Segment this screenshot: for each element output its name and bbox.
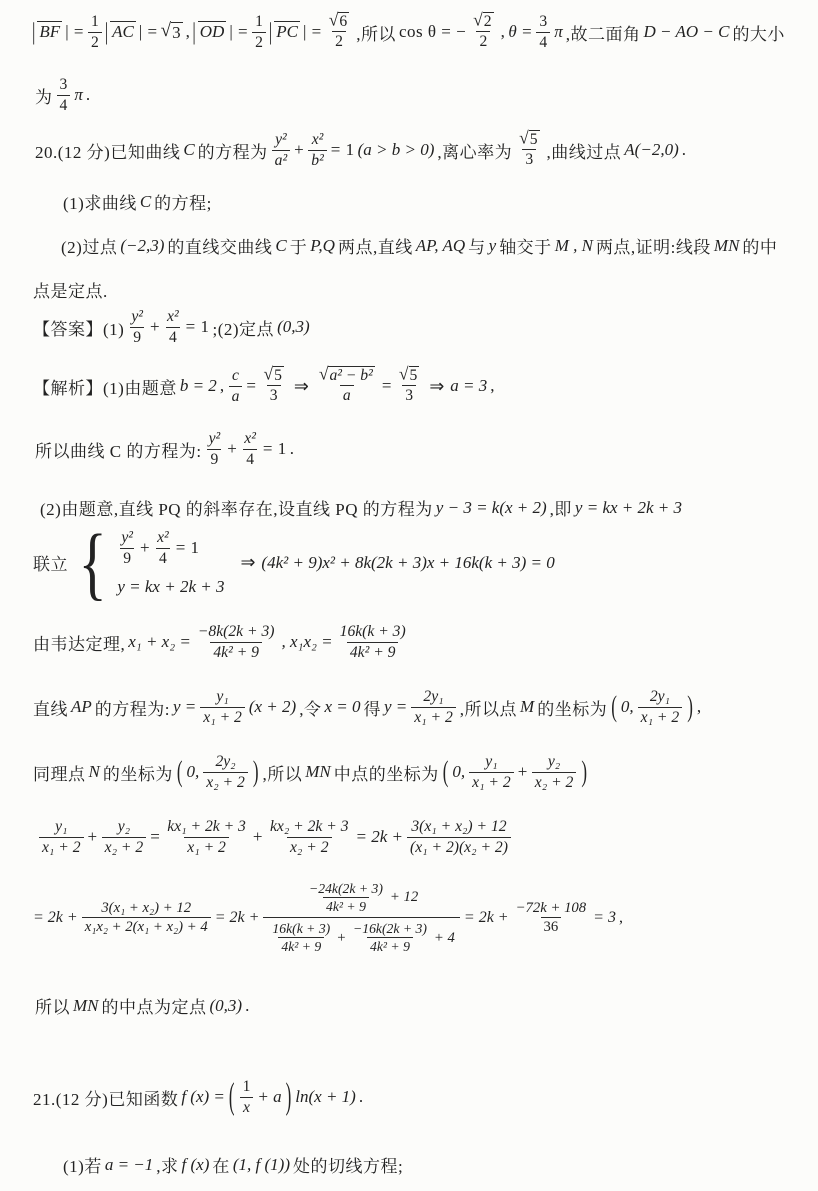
abs-bar: |	[32, 18, 35, 47]
fraction-numerator: √a² − b²	[316, 366, 378, 385]
fraction: y₁x₁ + 2	[469, 752, 514, 792]
operator: = 2k +	[33, 909, 78, 927]
fraction-numerator: y²	[206, 429, 224, 449]
math-run: (−2,3)	[120, 236, 164, 256]
sqrt-expression: √2	[473, 12, 493, 31]
fraction-denominator: 4	[156, 548, 170, 569]
radicand: 5	[529, 130, 540, 149]
fraction-numerator: x²	[164, 307, 182, 327]
math-run: AP	[71, 697, 92, 717]
fraction-numerator: 1	[88, 12, 102, 32]
text-run: 中点的坐标为	[334, 760, 439, 785]
fraction-denominator: x₂ + 2	[532, 772, 577, 793]
operator: = 3	[593, 909, 616, 927]
text-run: 由韦达定理,	[33, 630, 125, 655]
math-run: π	[74, 85, 83, 105]
text-run: (1)求曲线	[63, 189, 137, 214]
doc-line-17: 所以 MN 的中点为定点 (0,3) .	[35, 993, 250, 1018]
fraction-numerator: √6	[326, 12, 352, 31]
doc-line-3: 20.(12 分)已知曲线 C 的方程为 y²a² + x²b² = 1 (a …	[35, 130, 686, 170]
text-run: 的坐标为	[103, 760, 173, 785]
fraction: −24k(2k + 3)4k² + 9	[306, 880, 386, 915]
doc-line-5: (2)过点 (−2,3) 的直线交曲线 C 于 P,Q 两点,直线 AP, AQ…	[61, 233, 777, 258]
fraction-denominator: x₂ + 2	[102, 837, 147, 858]
fraction: 2y₁x₁ + 2	[638, 687, 683, 727]
text-run: 的中点为定点	[102, 993, 207, 1018]
math-run: 0,	[621, 697, 634, 717]
text-run: .	[290, 439, 295, 459]
abs-bar: |	[192, 18, 195, 47]
fraction-denominator: 4k² + 9	[210, 642, 262, 663]
radicand: 2	[483, 12, 494, 31]
fraction: 16k(k + 3)4k² + 9	[269, 920, 333, 955]
fraction-numerator: −24k(2k + 3)	[306, 880, 386, 897]
text-run: ,故二面角	[566, 20, 641, 45]
math-run: P,Q	[310, 236, 335, 256]
fraction-denominator: 36	[541, 917, 562, 936]
fraction-numerator: −24k(2k + 3)4k² + 9 + 12	[300, 878, 423, 917]
math-run: y	[489, 236, 497, 256]
math-run: N	[89, 762, 100, 782]
fraction-numerator: 3(x₁ + x₂) + 12	[98, 899, 194, 917]
fraction: 1x	[240, 1077, 254, 1117]
radicand: 5	[409, 366, 420, 385]
doc-line-12: 由韦达定理, x₁ + x₂ = −8k(2k + 3)4k² + 9 , x₁…	[33, 622, 410, 662]
implies-arrow-icon: ⇒	[291, 376, 312, 397]
text-run: 两点,证明:线段	[596, 233, 711, 258]
fraction-denominator: x₂ + 2	[203, 772, 248, 793]
fraction: y²a²	[272, 130, 291, 170]
operator: +	[88, 827, 98, 847]
operator: + 12	[390, 888, 418, 906]
fraction-numerator: y₁	[482, 752, 500, 772]
text-run: | =	[229, 22, 248, 42]
fraction: kx₁ + 2k + 3x₁ + 2	[164, 817, 249, 857]
right-paren: )	[687, 690, 693, 725]
fraction-numerator: y²	[118, 528, 136, 548]
doc-line-1: |BF| = 12 |AC| = √3 , |OD| = 12 |PC| = √…	[33, 12, 785, 52]
math-run: (0,3)	[210, 996, 243, 1016]
text-run: 为	[35, 83, 53, 108]
fraction-numerator: kx₂ + 2k + 3	[267, 817, 352, 837]
vector-overline: BF	[37, 21, 62, 42]
math-run: y =	[384, 697, 407, 717]
right-paren: )	[581, 755, 587, 790]
math-run: 0,	[187, 762, 200, 782]
math-run: y =	[173, 697, 196, 717]
text-run: 的方程;	[154, 189, 212, 214]
math-run: C	[183, 140, 194, 160]
math-run: y − 3 = k(x + 2)	[436, 498, 547, 518]
operator: = 2k +	[215, 909, 260, 927]
fraction-denominator: x₁ + 2	[200, 707, 245, 728]
radicand: a² − b²	[328, 366, 374, 385]
fraction: √53	[260, 366, 286, 406]
math-run: D − AO − C	[644, 22, 730, 42]
fraction-denominator: x₁ + 2	[638, 707, 683, 728]
fraction-numerator: c	[229, 366, 242, 386]
math-run: M , N	[555, 236, 593, 256]
math-run: , x₁x₂ =	[281, 632, 332, 652]
fraction: ca	[229, 366, 243, 406]
fraction-numerator: 1	[240, 1077, 254, 1097]
fraction: −16k(2k + 3)4k² + 9	[350, 920, 430, 955]
fraction-denominator: 9	[120, 548, 134, 569]
fraction-numerator: −8k(2k + 3)	[195, 622, 278, 642]
vector-overline: AC	[110, 21, 136, 42]
text-run: 在	[212, 1152, 230, 1177]
fraction: −72k + 10836	[513, 899, 590, 937]
fraction-denominator: 2	[332, 31, 346, 52]
fraction-numerator: y₂	[545, 752, 563, 772]
doc-line-6: 点是定点.	[33, 277, 108, 302]
text-run: (2)过点	[61, 233, 117, 258]
equation-system: y²9 + x²4 = 1 y = kx + 2k + 3	[117, 528, 224, 597]
math-run: cos θ = −	[399, 22, 466, 42]
fraction-numerator: −72k + 108	[513, 899, 590, 917]
fraction-numerator: √5	[260, 366, 286, 385]
fraction-denominator: a²	[272, 150, 291, 171]
left-paren: (	[443, 755, 449, 790]
operator: = 1	[186, 317, 210, 337]
fraction-numerator: kx₁ + 2k + 3	[164, 817, 249, 837]
fraction-denominator: 4	[243, 449, 257, 470]
text-run: 与	[468, 233, 486, 258]
doc-line-11: 联立 { y²9 + x²4 = 1 y = kx + 2k + 3 ⇒ (4k…	[33, 528, 555, 598]
text-run: ,	[490, 376, 495, 396]
radicand: 6	[338, 12, 349, 31]
operator: + 4	[434, 929, 455, 947]
text-run: 处的切线方程;	[293, 1152, 403, 1177]
right-paren: )	[253, 755, 259, 790]
radical-icon: √	[399, 366, 409, 384]
text-run: 点是定点.	[33, 277, 108, 302]
radical-icon: √	[263, 366, 273, 384]
text-run: .	[245, 996, 250, 1016]
fraction: √53	[396, 366, 422, 406]
text-run: ,即	[550, 495, 572, 520]
math-run: a = −1	[105, 1155, 153, 1175]
math-run: 0,	[452, 762, 465, 782]
operator: =	[150, 827, 160, 847]
math-run: b = 2	[180, 376, 217, 396]
text-run: 于	[290, 233, 308, 258]
math-run: M	[520, 697, 534, 717]
fraction-numerator: √5	[396, 366, 422, 385]
operator: = 2k +	[464, 909, 509, 927]
text-run: ,	[501, 22, 506, 42]
fraction: y₂x₂ + 2	[532, 752, 577, 792]
doc-line-2: 为 34 π .	[35, 75, 91, 115]
right-paren: )	[286, 1076, 292, 1119]
doc-line-14: 同理点 N 的坐标为 ( 0, 2y₂x₂ + 2 ) ,所以 MN 中点的坐标…	[33, 752, 588, 792]
text-run: 的中	[742, 233, 777, 258]
text-run: 的直线交曲线	[167, 233, 272, 258]
fraction-denominator: x₂ + 2	[287, 837, 332, 858]
left-paren: (	[611, 690, 617, 725]
fraction: x²4	[241, 429, 259, 469]
fraction: y²9	[128, 307, 146, 347]
text-run: .	[359, 1087, 364, 1107]
sqrt-expression: √5	[519, 130, 539, 149]
text-run: 的方程为	[198, 138, 268, 163]
text-run: 所以	[35, 993, 70, 1018]
operator: +	[150, 317, 160, 337]
math-run: f (x) =	[181, 1087, 225, 1107]
radicand: 5	[273, 366, 284, 385]
fraction: √a² − b²a	[316, 366, 378, 406]
doc-line-18: 21.(12 分)已知函数 f (x) = ( 1x + a ) ln(x + …	[33, 1077, 364, 1117]
fraction-numerator: 1	[252, 12, 266, 32]
system-brace: {	[79, 528, 107, 598]
fraction-numerator: 3	[536, 12, 550, 32]
fraction: −8k(2k + 3)4k² + 9	[195, 622, 278, 662]
math-run: x = 0	[324, 697, 360, 717]
radical-icon: √	[319, 366, 329, 384]
fraction-denominator: x	[240, 1097, 253, 1118]
fraction: √53	[516, 130, 542, 170]
vector-overline: OD	[198, 21, 227, 42]
operator: +	[337, 929, 346, 947]
text-run: .	[86, 85, 91, 105]
fraction: 34	[536, 12, 550, 52]
fraction-numerator: 2y₁	[647, 687, 673, 707]
fraction-denominator: 9	[207, 449, 221, 470]
fraction-denominator: 4	[536, 32, 550, 53]
text-run: 的大小	[732, 20, 785, 45]
math-run: MN	[305, 762, 331, 782]
radical-icon: √	[473, 12, 483, 30]
text-run: | =	[303, 22, 322, 42]
fraction-denominator: 4k² + 9	[347, 642, 399, 663]
fraction-denominator: 2	[88, 32, 102, 53]
fraction-denominator: 4	[166, 327, 180, 348]
fraction-denominator: 3	[522, 149, 536, 170]
fraction: x²4	[164, 307, 182, 347]
sqrt-expression: √a² − b²	[319, 366, 375, 385]
fraction-denominator: x₁ + 2	[469, 772, 514, 793]
text-run: ,所以点	[460, 695, 517, 720]
math-run: a = 3	[450, 376, 487, 396]
doc-line-13: 直线 AP 的方程为: y = y₁x₁ + 2 (x + 2) ,令 x = …	[33, 687, 702, 727]
fraction: y₁x₁ + 2	[200, 687, 245, 727]
fraction-denominator: 4k² + 9	[367, 937, 413, 955]
text-run: 20.(12 分)已知曲线	[35, 138, 180, 163]
implies-arrow-icon: ⇒	[426, 376, 447, 397]
math-run: A(−2,0)	[624, 140, 678, 160]
math-run: MN	[73, 996, 99, 1016]
text-run: ,	[186, 22, 191, 42]
text-run: .	[682, 140, 687, 160]
text-run: | =	[139, 22, 158, 42]
left-paren: (	[229, 1076, 235, 1119]
text-run: 轴交于	[499, 233, 552, 258]
radical-icon: √	[329, 12, 339, 30]
math-run: θ =	[508, 22, 532, 42]
text-run: ,	[619, 909, 624, 927]
abs-bar: |	[269, 18, 272, 47]
text-run: 【答案】(1)	[33, 315, 124, 340]
fraction-numerator: 3(x₁ + x₂) + 12	[408, 817, 509, 837]
math-run: (1, f (1))	[233, 1155, 290, 1175]
fraction-numerator: y₁	[213, 687, 231, 707]
text-run: 两点,直线	[338, 233, 413, 258]
math-run: + a	[257, 1087, 281, 1107]
text-run: 【解析】(1)由题意	[33, 374, 177, 399]
text-run: (1)若	[63, 1152, 102, 1177]
fraction-numerator: y₁	[52, 817, 70, 837]
fraction: 2y₂x₂ + 2	[203, 752, 248, 792]
operator: +	[294, 140, 304, 160]
text-run: ,	[697, 697, 702, 717]
math-run: y = kx + 2k + 3	[117, 577, 224, 597]
text-run: ,曲线过点	[547, 138, 622, 163]
math-run: (a > b > 0)	[358, 140, 435, 160]
fraction-numerator: 2y₂	[212, 752, 238, 772]
fraction-denominator: 4k² + 9	[323, 897, 369, 915]
text-run: 所以曲线 C 的方程为:	[35, 437, 202, 462]
text-run: 21.(12 分)已知函数	[33, 1085, 178, 1110]
fraction-denominator: 2	[476, 31, 490, 52]
fraction-numerator: √5	[516, 130, 542, 149]
text-run: ;(2)定点	[213, 315, 275, 340]
doc-line-4: (1)求曲线 C 的方程;	[63, 189, 212, 214]
system-row: y²9 + x²4 = 1	[117, 528, 199, 568]
operator: = 2k +	[356, 827, 404, 847]
fraction: √22	[470, 12, 496, 52]
math-run: (0,3)	[277, 317, 310, 337]
radical-icon: √	[161, 21, 171, 40]
text-run: 得	[363, 695, 381, 720]
fraction-denominator: x₁ + 2	[184, 837, 229, 858]
operator: +	[227, 439, 237, 459]
math-run: C	[140, 192, 151, 212]
operator: = 1	[331, 140, 355, 160]
fraction: x²b²	[308, 130, 327, 170]
radical-icon: √	[519, 130, 529, 148]
math-run: x₁ + x₂ =	[128, 632, 191, 652]
math-run: ln(x + 1)	[295, 1087, 356, 1107]
fraction-numerator: √2	[470, 12, 496, 31]
operator: +	[140, 538, 150, 558]
nested-fraction: −24k(2k + 3)4k² + 9 + 12 16k(k + 3)4k² +…	[263, 878, 459, 957]
text-run: ,离心率为	[437, 138, 512, 163]
fraction-numerator: 16k(k + 3)	[337, 622, 409, 642]
math-run: π	[554, 22, 563, 42]
fraction-denominator: 3	[402, 385, 416, 406]
fraction: 12	[252, 12, 266, 52]
text-run: | =	[65, 22, 84, 42]
text-run: ,	[220, 376, 225, 396]
fraction: 12	[88, 12, 102, 52]
doc-line-8: 【解析】(1)由题意 b = 2 , ca = √53 ⇒ √a² − b²a …	[33, 366, 495, 406]
text-run: ,所以	[356, 20, 396, 45]
math-run: (x + 2)	[249, 697, 296, 717]
fraction-denominator: 9	[130, 327, 144, 348]
math-run: y = kx + 2k + 3	[575, 498, 682, 518]
fraction-denominator: 2	[252, 32, 266, 53]
system-row: y = kx + 2k + 3	[117, 577, 224, 597]
fraction-denominator: 16k(k + 3)4k² + 9 + −16k(2k + 3)4k² + 9 …	[263, 917, 459, 957]
fraction: 2y₁x₁ + 2	[411, 687, 456, 727]
fraction: y₂x₂ + 2	[102, 817, 147, 857]
fraction: y₁x₁ + 2	[39, 817, 84, 857]
fraction-denominator: x₁ + 2	[411, 707, 456, 728]
doc-line-16: = 2k + 3(x₁ + x₂) + 12x₁x₂ + 2(x₁ + x₂) …	[33, 878, 623, 957]
document-page: |BF| = 12 |AC| = √3 , |OD| = 12 |PC| = √…	[0, 0, 818, 1191]
operator: +	[518, 762, 528, 782]
fraction-numerator: 2y₁	[420, 687, 446, 707]
math-run: C	[275, 236, 286, 256]
implies-arrow-icon: ⇒	[237, 552, 258, 573]
fraction-denominator: x₁ + 2	[39, 837, 84, 858]
abs-bar: |	[105, 18, 108, 47]
fraction: y²9	[118, 528, 136, 568]
math-run: (4k² + 9)x² + 8k(2k + 3)x + 16k(k + 3) =…	[261, 553, 554, 573]
operator: +	[253, 827, 263, 847]
fraction-denominator: 3	[267, 385, 281, 406]
fraction-denominator: x₁x₂ + 2(x₁ + x₂) + 4	[82, 917, 211, 936]
fraction-numerator: 3	[57, 75, 71, 95]
fraction: x²4	[154, 528, 172, 568]
sqrt-expression: √6	[329, 12, 349, 31]
fraction-numerator: x²	[154, 528, 172, 548]
operator: = 1	[176, 538, 200, 558]
fraction-numerator: x²	[309, 130, 327, 150]
operator: =	[246, 376, 256, 396]
doc-line-7: 【答案】(1) y²9 + x²4 = 1 ;(2)定点 (0,3)	[33, 307, 310, 347]
fraction: kx₂ + 2k + 3x₂ + 2	[267, 817, 352, 857]
fraction-denominator: 4	[57, 95, 71, 116]
fraction-numerator: 16k(k + 3)	[269, 920, 333, 937]
vector-overline: PC	[274, 21, 300, 42]
fraction-denominator: 4k² + 9	[278, 937, 324, 955]
fraction-numerator: y₂	[115, 817, 133, 837]
operator: =	[382, 376, 392, 396]
fraction-numerator: −16k(2k + 3)	[350, 920, 430, 937]
fraction-numerator: y²	[128, 307, 146, 327]
sqrt-expression: √3	[161, 22, 183, 43]
doc-line-10: (2)由题意,直线 PQ 的斜率存在,设直线 PQ 的方程为 y − 3 = k…	[40, 495, 682, 520]
sqrt-expression: √5	[399, 366, 419, 385]
left-paren: (	[177, 755, 183, 790]
fraction: √62	[326, 12, 352, 52]
fraction: 3(x₁ + x₂) + 12x₁x₂ + 2(x₁ + x₂) + 4	[82, 899, 211, 937]
text-run: 同理点	[33, 760, 86, 785]
math-run: AP, AQ	[416, 236, 465, 256]
doc-line-15: y₁x₁ + 2 + y₂x₂ + 2 = kx₁ + 2k + 3x₁ + 2…	[38, 817, 512, 857]
text-run: 直线	[33, 695, 68, 720]
fraction: 16k(k + 3)4k² + 9	[337, 622, 409, 662]
text-run: 联立	[33, 550, 68, 575]
sqrt-expression: √5	[263, 366, 283, 385]
text-run: 的方程为:	[95, 695, 170, 720]
doc-line-19: (1)若 a = −1 ,求 f (x) 在 (1, f (1)) 处的切线方程…	[63, 1152, 403, 1177]
doc-line-9: 所以曲线 C 的方程为: y²9 + x²4 = 1 .	[35, 429, 295, 469]
fraction-denominator: a	[340, 385, 354, 406]
radicand: 3	[171, 22, 183, 43]
operator: = 1	[263, 439, 287, 459]
text-run: ,令	[299, 695, 321, 720]
fraction-denominator: b²	[308, 150, 327, 171]
fraction-denominator: (x₁ + 2)(x₂ + 2)	[407, 837, 511, 858]
fraction: 3(x₁ + x₂) + 12(x₁ + 2)(x₂ + 2)	[407, 817, 511, 857]
text-run: 的坐标为	[537, 695, 607, 720]
fraction: y²9	[206, 429, 224, 469]
fraction-numerator: y²	[272, 130, 290, 150]
text-run: ,求	[156, 1152, 178, 1177]
math-run: MN	[714, 236, 740, 256]
